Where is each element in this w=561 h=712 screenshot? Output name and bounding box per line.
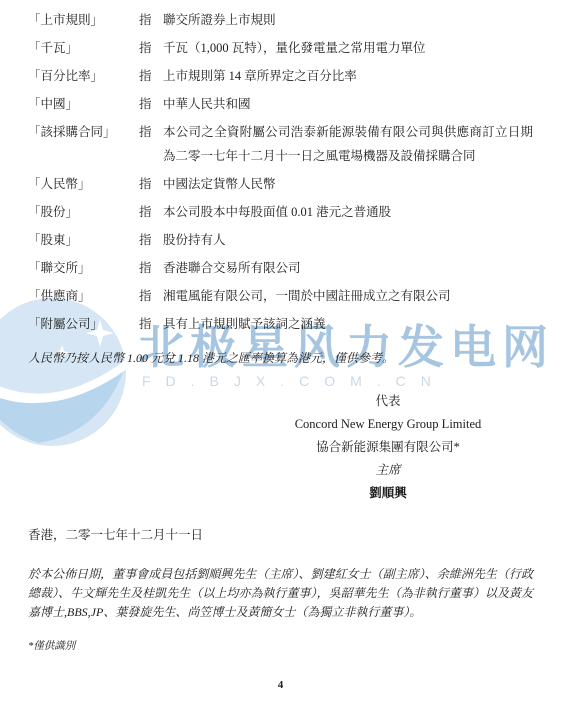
definition-row: 「人民幣」 指 中國法定貨幣人民幣 xyxy=(28,172,533,196)
definition-indicator: 指 xyxy=(139,120,163,168)
definition-indicator: 指 xyxy=(139,8,163,32)
definition-row: 「供應商」 指 湘電風能有限公司，一間於中國註冊成立之有限公司 xyxy=(28,284,533,308)
definition-text: 本公司股本中每股面值 0.01 港元之普通股 xyxy=(163,200,533,224)
definition-term: 「百分比率」 xyxy=(28,64,139,88)
definition-row: 「股份」 指 本公司股本中每股面值 0.01 港元之普通股 xyxy=(28,200,533,224)
definition-indicator: 指 xyxy=(139,312,163,336)
definition-row: 「百分比率」 指 上市規則第 14 章所界定之百分比率 xyxy=(28,64,533,88)
definition-term: 「股份」 xyxy=(28,200,139,224)
exchange-rate-note: 人民幣乃按人民幣 1.00 元兌 1.18 港元之匯率換算為港元，僅供參考。 xyxy=(28,346,533,370)
definition-term: 「千瓦」 xyxy=(28,36,139,60)
definition-indicator: 指 xyxy=(139,36,163,60)
definition-text: 聯交所證券上市規則 xyxy=(163,8,533,32)
definition-row: 「該採購合同」 指 本公司之全資附屬公司浩泰新能源裝備有限公司與供應商訂立日期為… xyxy=(28,120,533,168)
date-line: 香港，二零一七年十二月十一日 xyxy=(28,527,533,543)
definition-text: 千瓦（1,000 瓦特），量化發電量之常用電力單位 xyxy=(163,36,533,60)
definition-text: 本公司之全資附屬公司浩泰新能源裝備有限公司與供應商訂立日期為二零一七年十二月十一… xyxy=(163,120,533,168)
definition-term: 「附屬公司」 xyxy=(28,312,139,336)
board-members-note: 於本公佈日期，董事會成員包括劉順興先生（主席）、劉建紅女士（副主席）、余維洲先生… xyxy=(28,565,533,622)
definition-text: 股份持有人 xyxy=(163,228,533,252)
definition-text: 中國法定貨幣人民幣 xyxy=(163,172,533,196)
signature-title: 主席 xyxy=(228,459,548,482)
definition-indicator: 指 xyxy=(139,228,163,252)
definition-row: 「上市規則」 指 聯交所證券上市規則 xyxy=(28,8,533,32)
signature-company-zh: 協合新能源集團有限公司* xyxy=(228,436,548,459)
definitions-list: 「上市規則」 指 聯交所證券上市規則 「千瓦」 指 千瓦（1,000 瓦特），量… xyxy=(28,8,533,336)
definition-row: 「附屬公司」 指 具有上市規則賦予該詞之涵義 xyxy=(28,312,533,336)
definition-row: 「股東」 指 股份持有人 xyxy=(28,228,533,252)
document-page: 北极星风力发电网 FD.BJX.COM.CN 「上市規則」 指 聯交所證券上市規… xyxy=(0,0,561,712)
definition-indicator: 指 xyxy=(139,284,163,308)
signature-company-en: Concord New Energy Group Limited xyxy=(228,413,548,436)
definition-text: 湘電風能有限公司，一間於中國註冊成立之有限公司 xyxy=(163,284,533,308)
signature-on-behalf: 代表 xyxy=(228,390,548,413)
definition-row: 「中國」 指 中華人民共和國 xyxy=(28,92,533,116)
definition-indicator: 指 xyxy=(139,92,163,116)
definition-term: 「人民幣」 xyxy=(28,172,139,196)
definition-term: 「聯交所」 xyxy=(28,256,139,280)
page-content: 「上市規則」 指 聯交所證券上市規則 「千瓦」 指 千瓦（1,000 瓦特），量… xyxy=(0,0,561,692)
definition-indicator: 指 xyxy=(139,64,163,88)
definition-term: 「中國」 xyxy=(28,92,139,116)
definition-term: 「供應商」 xyxy=(28,284,139,308)
page-number: 4 xyxy=(28,678,533,692)
definition-indicator: 指 xyxy=(139,256,163,280)
definition-term: 「股東」 xyxy=(28,228,139,252)
definition-indicator: 指 xyxy=(139,172,163,196)
definition-row: 「千瓦」 指 千瓦（1,000 瓦特），量化發電量之常用電力單位 xyxy=(28,36,533,60)
definition-term: 「上市規則」 xyxy=(28,8,139,32)
definition-text: 上市規則第 14 章所界定之百分比率 xyxy=(163,64,533,88)
definition-text: 中華人民共和國 xyxy=(163,92,533,116)
definition-text: 具有上市規則賦予該詞之涵義 xyxy=(163,312,533,336)
definition-row: 「聯交所」 指 香港聯合交易所有限公司 xyxy=(28,256,533,280)
identification-footnote: *僅供識別 xyxy=(28,640,533,654)
signature-name: 劉順興 xyxy=(228,482,548,505)
definition-text: 香港聯合交易所有限公司 xyxy=(163,256,533,280)
signature-block: 代表 Concord New Energy Group Limited 協合新能… xyxy=(228,390,548,505)
definition-indicator: 指 xyxy=(139,200,163,224)
definition-term: 「該採購合同」 xyxy=(28,120,139,168)
